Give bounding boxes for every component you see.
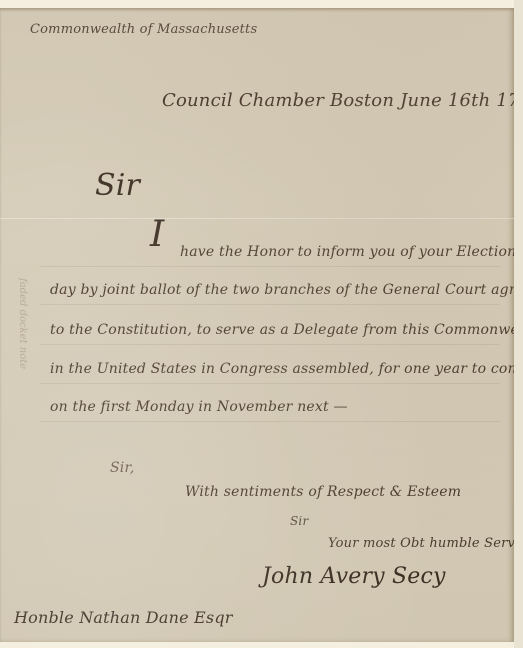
closing-phrase: With sentiments of Respect & Esteem	[185, 484, 461, 500]
ruled-line	[40, 344, 500, 345]
ruled-line	[40, 383, 500, 384]
salutation: Sir	[95, 168, 140, 203]
body-line: in the United States in Congress assembl…	[50, 361, 523, 377]
place-and-date: Council Chamber Boston June 16th 1785	[162, 90, 523, 111]
body-line: day by joint ballot of the two branches …	[50, 282, 523, 298]
page-edge	[514, 0, 523, 648]
docket-note: faded docket note	[17, 278, 28, 369]
body-line: to the Constitution, to serve as a Deleg…	[50, 322, 523, 338]
fold-line	[0, 218, 514, 219]
addressee: Honble Nathan Dane Esqr	[14, 608, 233, 627]
letter-paper: faded docket note Commonwealth of Massac…	[0, 8, 514, 642]
ruled-line	[40, 266, 500, 267]
letterhead: Commonwealth of Massachusetts	[30, 22, 257, 37]
ruled-line	[40, 304, 500, 305]
closing-salutation: Sir,	[110, 460, 134, 476]
closing-sir: Sir	[290, 514, 308, 528]
valediction: Your most Obt humble Servt	[328, 536, 520, 551]
signature: John Avery Secy	[262, 564, 446, 589]
body-line: on the first Monday in November next —	[50, 399, 348, 415]
drop-cap: I	[150, 214, 164, 255]
body-line: have the Honor to inform you of your Ele…	[180, 244, 523, 260]
ruled-line	[40, 421, 500, 422]
